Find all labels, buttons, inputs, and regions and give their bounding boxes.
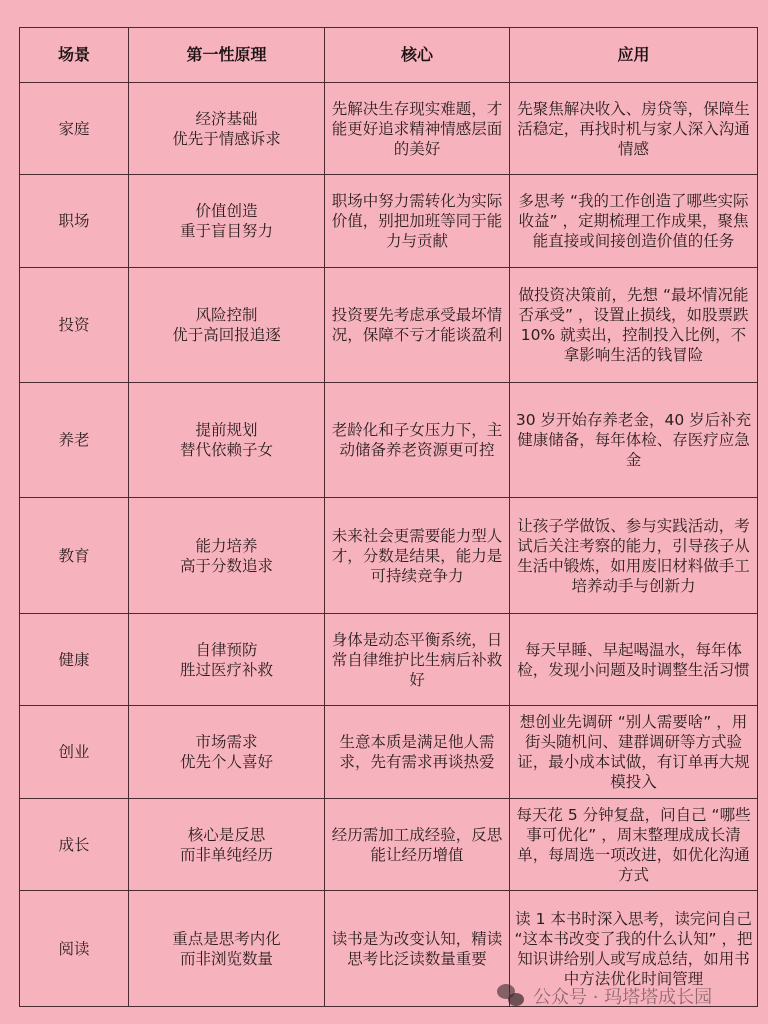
cell-scene: 投资 bbox=[20, 268, 129, 383]
cell-scene: 创业 bbox=[20, 706, 129, 799]
cell-principle: 市场需求 优先个人喜好 bbox=[129, 706, 325, 799]
cell-application: 读 1 本书时深入思考，读完问自己 “这本书改变了我的什么认知” ，把知识讲给别… bbox=[510, 891, 758, 1007]
cell-application: 让孩子学做饭、参与实践活动，考试后关注考察的能力，引导孩子从生活中锻炼，如用废旧… bbox=[510, 498, 758, 614]
cell-principle: 能力培养 高于分数追求 bbox=[129, 498, 325, 614]
cell-core: 身体是动态平衡系统，日常自律维护比生病后补救好 bbox=[325, 614, 510, 706]
cell-scene: 养老 bbox=[20, 383, 129, 498]
table-row: 职场 价值创造 重于盲目努力 职场中努力需转化为实际价值，别把加班等同于能力与贡… bbox=[20, 175, 758, 268]
cell-application: 多思考 “我的工作创造了哪些实际收益” ，定期梳理工作成果，聚焦能直接或间接创造… bbox=[510, 175, 758, 268]
cell-core: 先解决生存现实难题，才能更好追求精神情感层面的美好 bbox=[325, 83, 510, 175]
cell-principle: 自律预防 胜过医疗补救 bbox=[129, 614, 325, 706]
header-core: 核心 bbox=[325, 28, 510, 83]
cell-scene: 教育 bbox=[20, 498, 129, 614]
table-row: 创业 市场需求 优先个人喜好 生意本质是满足他人需求，先有需求再谈热爱 想创业先… bbox=[20, 706, 758, 799]
cell-application: 做投资决策前，先想 “最坏情况能否承受” ，设置止损线，如股票跌 10% 就卖出… bbox=[510, 268, 758, 383]
cell-principle: 重点是思考内化 而非浏览数量 bbox=[129, 891, 325, 1007]
cell-core: 经历需加工成经验，反思能让经历增值 bbox=[325, 799, 510, 891]
cell-scene: 职场 bbox=[20, 175, 129, 268]
cell-application: 先聚焦解决收入、房贷等，保障生活稳定，再找时机与家人深入沟通情感 bbox=[510, 83, 758, 175]
header-first-principle: 第一性原理 bbox=[129, 28, 325, 83]
cell-principle: 提前规划 替代依赖子女 bbox=[129, 383, 325, 498]
table-row: 投资 风险控制 优于高回报追逐 投资要先考虑承受最坏情况，保障不亏才能谈盈利 做… bbox=[20, 268, 758, 383]
cell-application: 30 岁开始存养老金，40 岁后补充健康储备，每年体检、存医疗应急金 bbox=[510, 383, 758, 498]
cell-scene: 健康 bbox=[20, 614, 129, 706]
table-row: 健康 自律预防 胜过医疗补救 身体是动态平衡系统，日常自律维护比生病后补救好 每… bbox=[20, 614, 758, 706]
cell-scene: 阅读 bbox=[20, 891, 129, 1007]
principles-table-container: 场景 第一性原理 核心 应用 家庭 经济基础 优先于情感诉求 先解决生存现实难题… bbox=[19, 27, 757, 1007]
cell-core: 生意本质是满足他人需求，先有需求再谈热爱 bbox=[325, 706, 510, 799]
cell-core: 老龄化和子女压力下，主动储备养老资源更可控 bbox=[325, 383, 510, 498]
cell-principle: 经济基础 优先于情感诉求 bbox=[129, 83, 325, 175]
cell-application: 想创业先调研 “别人需要啥” ，用街头随机问、建群调研等方式验证，最小成本试做，… bbox=[510, 706, 758, 799]
cell-principle: 风险控制 优于高回报追逐 bbox=[129, 268, 325, 383]
table-row: 家庭 经济基础 优先于情感诉求 先解决生存现实难题，才能更好追求精神情感层面的美… bbox=[20, 83, 758, 175]
cell-principle: 核心是反思 而非单纯经历 bbox=[129, 799, 325, 891]
cell-core: 未来社会更需要能力型人才，分数是结果，能力是可持续竞争力 bbox=[325, 498, 510, 614]
cell-core: 投资要先考虑承受最坏情况，保障不亏才能谈盈利 bbox=[325, 268, 510, 383]
cell-core: 职场中努力需转化为实际价值，别把加班等同于能力与贡献 bbox=[325, 175, 510, 268]
first-principles-table: 场景 第一性原理 核心 应用 家庭 经济基础 优先于情感诉求 先解决生存现实难题… bbox=[19, 27, 758, 1007]
table-row: 养老 提前规划 替代依赖子女 老龄化和子女压力下，主动储备养老资源更可控 30 … bbox=[20, 383, 758, 498]
cell-scene: 成长 bbox=[20, 799, 129, 891]
table-row: 教育 能力培养 高于分数追求 未来社会更需要能力型人才，分数是结果，能力是可持续… bbox=[20, 498, 758, 614]
header-scene: 场景 bbox=[20, 28, 129, 83]
cell-core: 读书是为改变认知，精读思考比泛读数量重要 bbox=[325, 891, 510, 1007]
cell-application: 每天早睡、早起喝温水，每年体检，发现小问题及时调整生活习惯 bbox=[510, 614, 758, 706]
table-row: 阅读 重点是思考内化 而非浏览数量 读书是为改变认知，精读思考比泛读数量重要 读… bbox=[20, 891, 758, 1007]
table-header-row: 场景 第一性原理 核心 应用 bbox=[20, 28, 758, 83]
cell-principle: 价值创造 重于盲目努力 bbox=[129, 175, 325, 268]
header-application: 应用 bbox=[510, 28, 758, 83]
table-row: 成长 核心是反思 而非单纯经历 经历需加工成经验，反思能让经历增值 每天花 5 … bbox=[20, 799, 758, 891]
cell-scene: 家庭 bbox=[20, 83, 129, 175]
cell-application: 每天花 5 分钟复盘，问自己 “哪些事可优化” ，周末整理成成长清单，每周选一项… bbox=[510, 799, 758, 891]
